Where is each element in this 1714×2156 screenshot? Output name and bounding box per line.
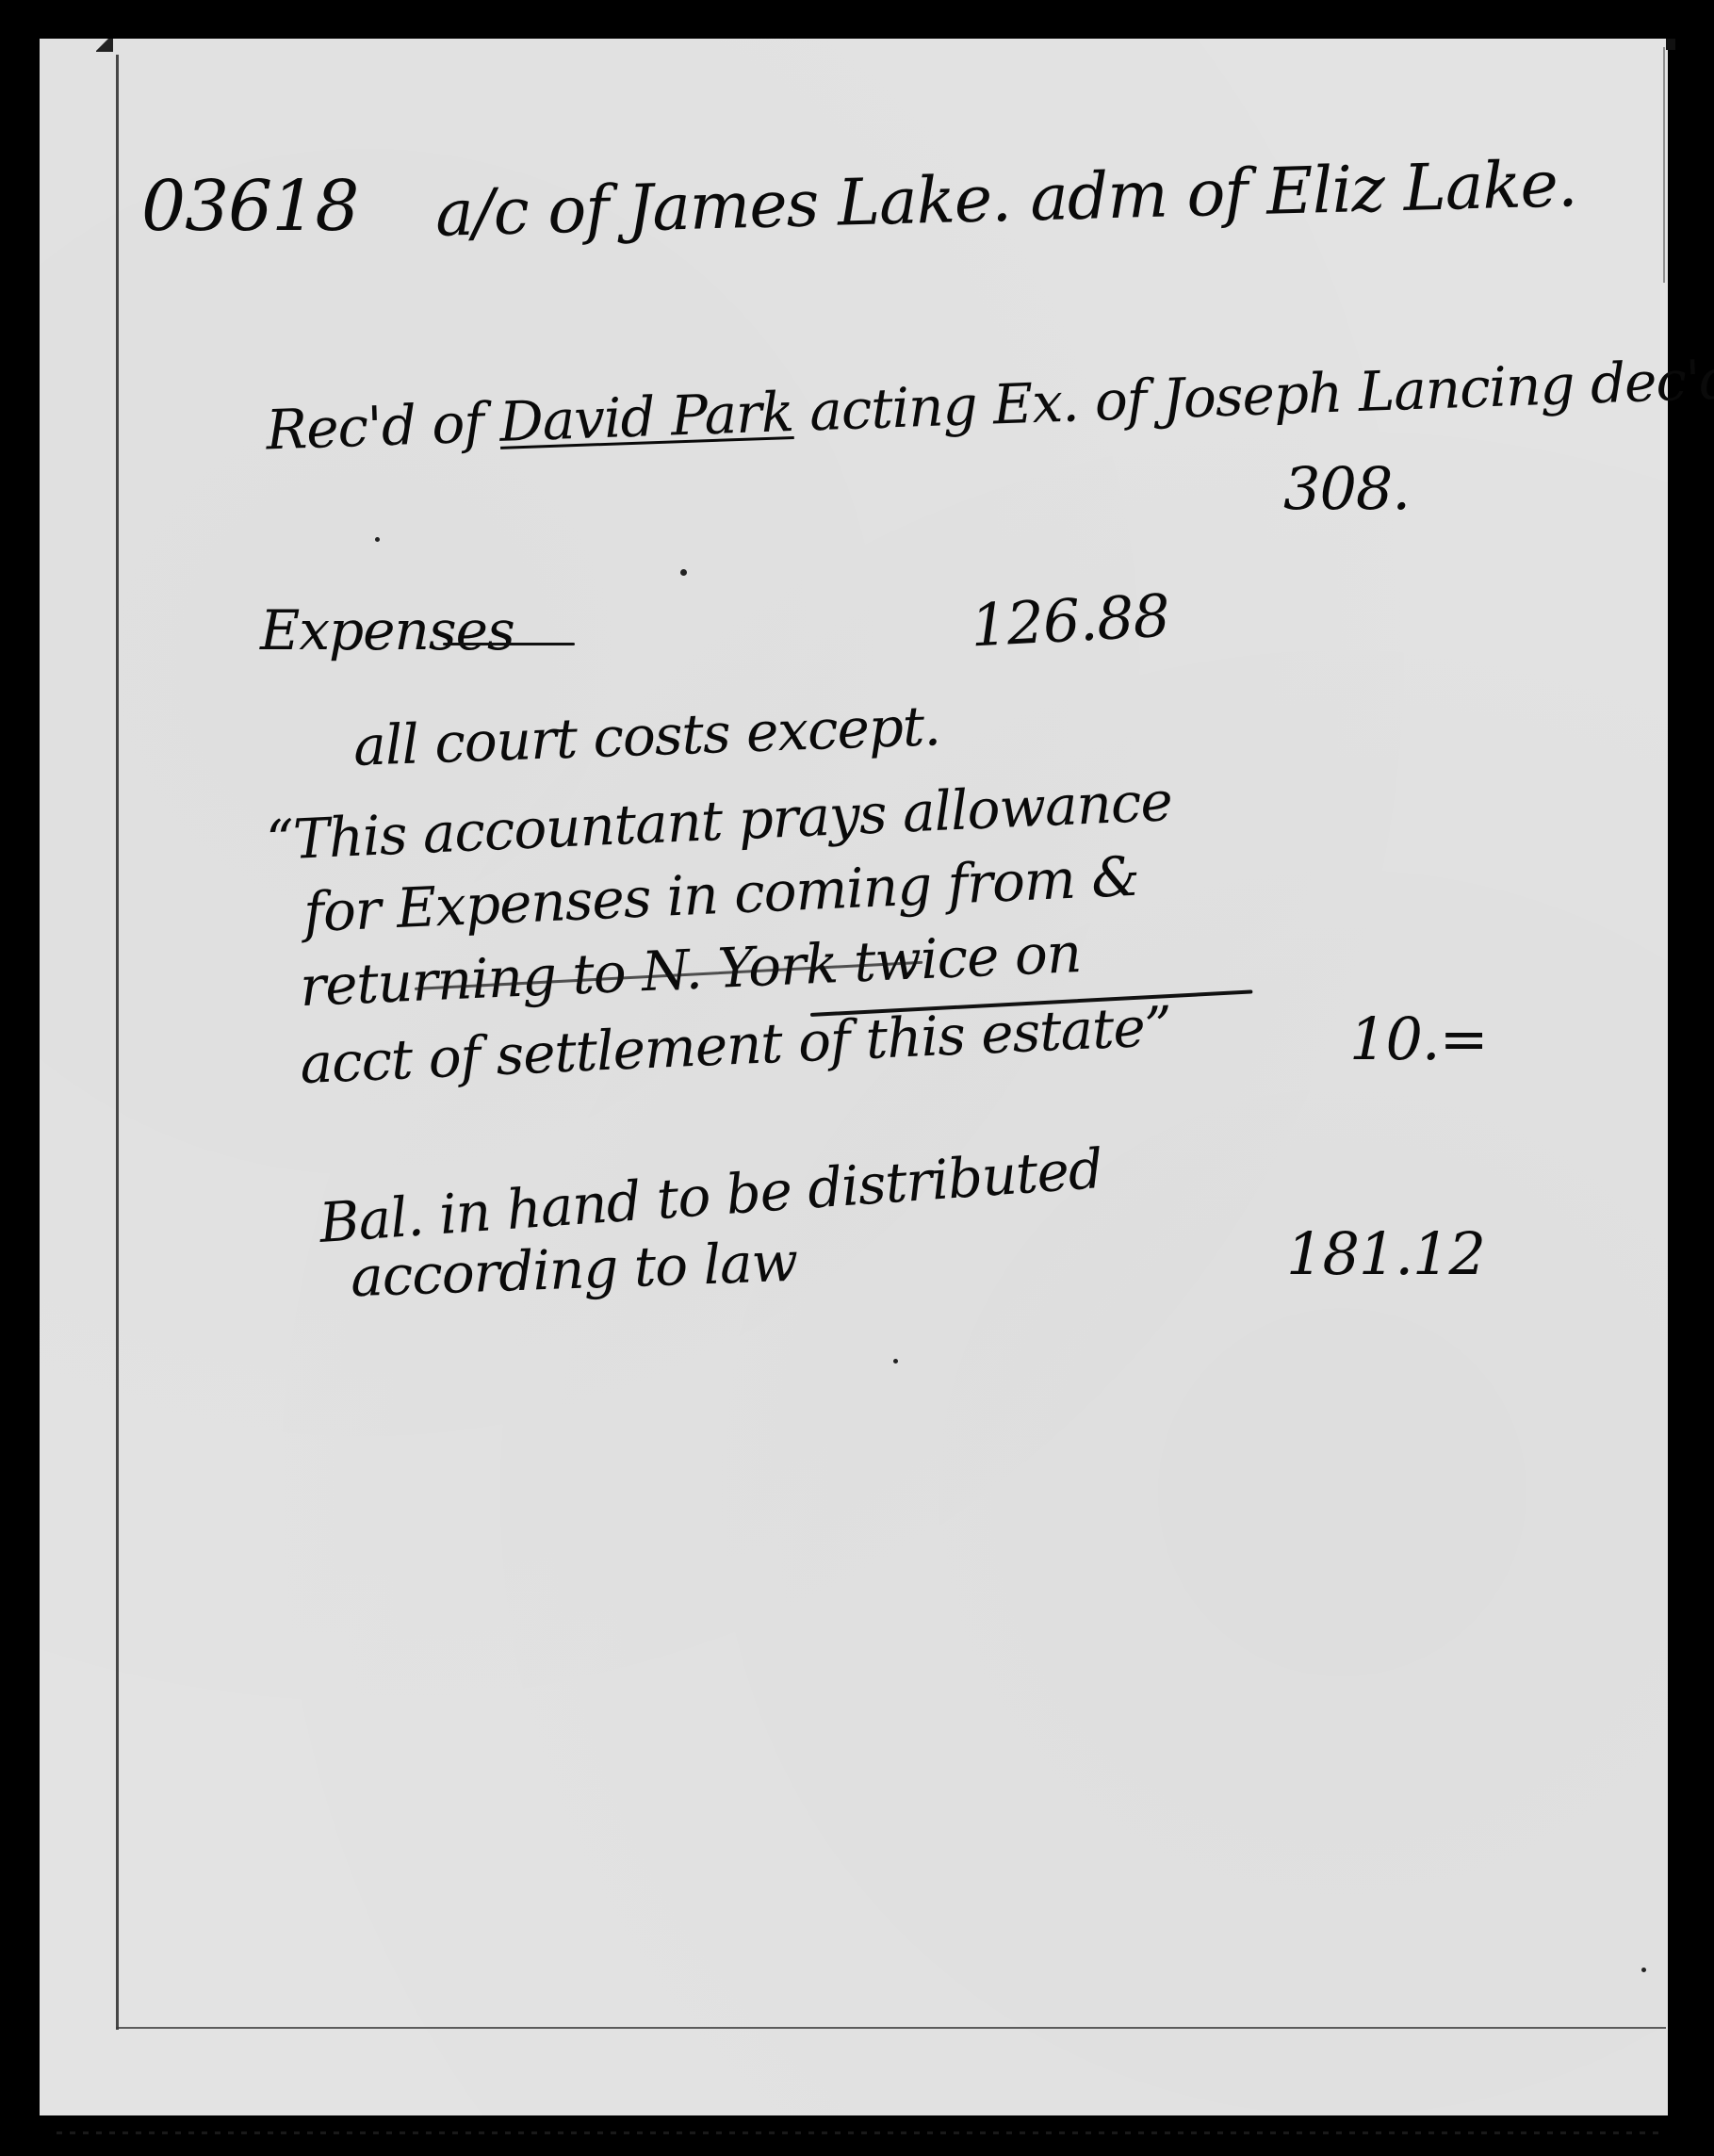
- page-tab-mark: [96, 39, 113, 52]
- allowance-amount: 10.=: [1349, 1010, 1488, 1069]
- expenses-amount: 126.88: [970, 587, 1171, 656]
- frame-left-rule: [116, 55, 119, 2030]
- frame-bottom-rule: [116, 2027, 1666, 2029]
- document-page: [40, 39, 1668, 2115]
- ink-speck: [375, 537, 380, 542]
- page-corner-mark: [1666, 39, 1675, 50]
- receipt-prefix: Rec'd of: [265, 390, 484, 462]
- ink-speck: [680, 569, 687, 576]
- expenses-label: Expenses: [260, 603, 514, 658]
- receipt-payer-name: David Park: [498, 380, 794, 454]
- ink-speck: [893, 1359, 898, 1364]
- file-number: 03618: [141, 171, 358, 241]
- frame-right-rule: [1663, 47, 1665, 283]
- balance-line-2: according to law: [350, 1234, 798, 1305]
- expenses-underline: [443, 643, 575, 645]
- balance-amount: 181.12: [1286, 1225, 1485, 1283]
- ink-speck: [1641, 1968, 1646, 1972]
- scan-artifact-strip: [57, 2131, 1658, 2134]
- receipt-amount: 308.: [1283, 460, 1410, 518]
